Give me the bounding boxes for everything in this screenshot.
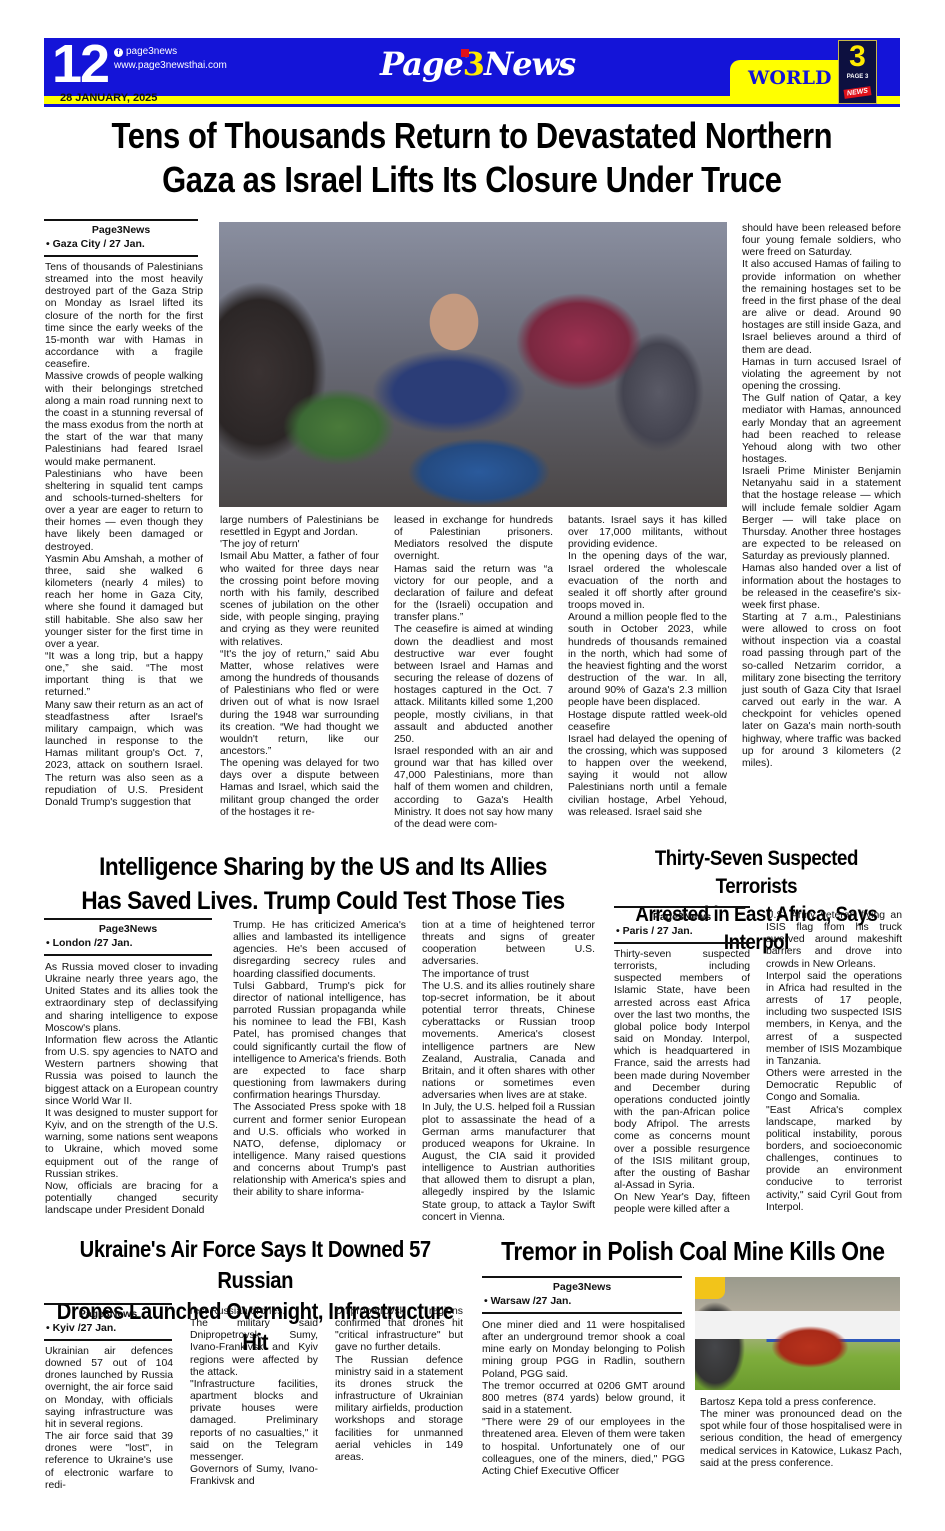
paragraph: Israel responded with an air and ground …: [394, 746, 553, 831]
byline-agency: Page3News: [44, 1307, 172, 1321]
paragraph: It was designed to muster support for Ky…: [45, 1108, 218, 1181]
gaza-column-3: leased in exchange for hundreds of Pales…: [394, 515, 553, 831]
paragraph: Around a million people fled to the sout…: [568, 612, 727, 709]
main-headline-line1: Tens of Thousands Return to Devastated N…: [44, 114, 900, 158]
subheading: 'The joy of return': [220, 539, 379, 551]
paragraph: Hamas also handed over a list of informa…: [742, 563, 901, 612]
ukraine-column-2: rect Russian drones. The military said D…: [190, 1306, 318, 1488]
paragraph: One miner died and 11 were hospitalised …: [482, 1320, 685, 1381]
paragraph: “It was a long trip, but a happy one,” s…: [45, 651, 203, 700]
ukraine-byline: Page3News • Kyiv /27 Jan.: [44, 1303, 172, 1341]
paragraph: Governors of Sumy, Ivano-Frankivsk and: [190, 1464, 318, 1488]
paragraph: U.S. Army veteran flying an ISIS flag fr…: [766, 910, 902, 971]
mine-headline: Tremor in Polish Coal Mine Kills One: [486, 1234, 900, 1268]
intelligence-headline: Intelligence Sharing by the US and Its A…: [44, 850, 602, 918]
paragraph: "East Africa's complex landscape, marked…: [766, 1105, 902, 1214]
paragraph: In the opening days of the war, Israel o…: [568, 551, 727, 612]
byline-agency: Page3News: [44, 922, 212, 936]
ukraine-column-3: Dnipropetrovsk regions confirmed that dr…: [335, 1306, 463, 1464]
paragraph: Bartosz Kepa told a press conference.: [700, 1397, 902, 1409]
gaza-byline: Page3News • Gaza City / 27 Jan.: [44, 219, 198, 257]
paragraph: The miner was pronounced dead on the spo…: [700, 1409, 902, 1470]
gaza-column-5: should have been released before four yo…: [742, 223, 901, 770]
paragraph: In July, the U.S. helped foil a Russian …: [422, 1102, 595, 1224]
paragraph: batants. Israel says it has killed over …: [568, 515, 727, 551]
subheading: Hostage dispute rattled week-old ceasefi…: [568, 710, 727, 734]
interpol-column-2: U.S. Army veteran flying an ISIS flag fr…: [766, 910, 902, 1214]
ukraine-column-1: Ukrainian air defences downed 57 out of …: [45, 1346, 173, 1492]
paragraph: leased in exchange for hundreds of Pales…: [394, 515, 553, 564]
paragraph: Palestinians who have been sheltering in…: [45, 469, 203, 554]
gaza-column-1: Tens of thousands of Palestinians stream…: [45, 262, 203, 809]
headline-line1: Intelligence Sharing by the US and Its A…: [44, 850, 602, 884]
paragraph: Many saw their return as an act of stead…: [45, 700, 203, 809]
gaza-photo: [219, 222, 727, 507]
intelligence-column-1: As Russia moved closer to invading Ukrai…: [45, 962, 218, 1217]
headline-line1: Ukraine's Air Force Says It Downed 57 Ru…: [44, 1234, 466, 1296]
mine-byline: Page3News • Warsaw /27 Jan.: [482, 1276, 682, 1314]
paragraph: The ceasefire is aimed at winding down t…: [394, 624, 553, 746]
paragraph: The Russian defence ministry said in a s…: [335, 1355, 463, 1464]
paragraph: “It's the joy of return,” said Abu Matte…: [220, 649, 379, 758]
byline-dateline: • Paris / 27 Jan.: [614, 924, 750, 938]
main-headline-line2: Gaza as Israel Lifts Its Closure Under T…: [44, 158, 900, 202]
paragraph: "There were 29 of our employees in the t…: [482, 1417, 685, 1478]
paragraph: Ukrainian air defences downed 57 out of …: [45, 1346, 173, 1431]
intelligence-column-3: tion at a time of heightened terror thre…: [422, 920, 595, 1224]
intelligence-column-2: Trump. He has criticized America's allie…: [233, 920, 406, 1200]
byline-dateline: • London /27 Jan.: [44, 936, 212, 950]
gaza-column-2: large numbers of Palestinians be resettl…: [220, 515, 379, 819]
paragraph: "Infrastructure facilities, apartment bl…: [190, 1379, 318, 1464]
intelligence-byline: Page3News • London /27 Jan.: [44, 918, 212, 956]
paragraph: Trump. He has criticized America's allie…: [233, 920, 406, 981]
byline-agency: Page3News: [614, 910, 750, 924]
paragraph: should have been released before four yo…: [742, 223, 901, 259]
paragraph: The Associated Press spoke with 18 curre…: [233, 1102, 406, 1199]
paragraph: The Gulf nation of Qatar, a key mediator…: [742, 393, 901, 466]
mine-column-1: One miner died and 11 were hospitalised …: [482, 1320, 685, 1478]
paragraph: Massive crowds of people walking with th…: [45, 371, 203, 468]
paragraph: On New Year's Day, fifteen people were k…: [614, 1192, 750, 1216]
website-link[interactable]: www.page3newsthai.com: [114, 59, 227, 73]
headline-line2: Has Saved Lives. Trump Could Test Those …: [44, 884, 602, 918]
badge-number: 3: [839, 41, 876, 73]
main-headline: Tens of Thousands Return to Devastated N…: [44, 114, 900, 202]
social-info: fpage3news www.page3newsthai.com: [114, 45, 227, 73]
paragraph: Tens of thousands of Palestinians stream…: [45, 262, 203, 371]
paragraph: Information flew across the Atlantic fro…: [45, 1035, 218, 1108]
paragraph: Tulsi Gabbard, Trump's pick for director…: [233, 981, 406, 1103]
paragraph: As Russia moved closer to invading Ukrai…: [45, 962, 218, 1035]
paragraph: Thirty-seven suspected terrorists, inclu…: [614, 949, 750, 1192]
headline-line1: Thirty-Seven Suspected Terrorists: [614, 845, 899, 901]
paragraph: The opening was delayed for two days ove…: [220, 758, 379, 819]
paragraph: The tremor occurred at 0206 GMT around 8…: [482, 1381, 685, 1417]
brand-badge: 3 PAGE 3 NEWS: [838, 40, 877, 104]
paragraph: Hamas said the return was “a victory for…: [394, 564, 553, 625]
paragraph: Hamas in turn accused Israel of violatin…: [742, 357, 901, 393]
headline-line1: Tremor in Polish Coal Mine Kills One: [486, 1234, 900, 1268]
byline-agency: Page3News: [482, 1280, 682, 1294]
masthead: 12 fpage3news www.page3newsthai.com 28 J…: [44, 38, 900, 106]
masthead-rule: [44, 104, 900, 107]
paragraph: Starting at 7 a.m., Palestinians were al…: [742, 612, 901, 770]
page-number: 12: [52, 36, 108, 92]
badge-line2: NEWS: [844, 86, 872, 99]
paragraph: It also accused Hamas of failing to prov…: [742, 259, 901, 356]
logo-text-page: Page: [380, 45, 463, 83]
subheading: The importance of trust: [422, 969, 595, 981]
paragraph: The military said Dnipropetrovsk, Sumy, …: [190, 1318, 318, 1379]
interpol-byline: Page3News • Paris / 27 Jan.: [614, 906, 750, 944]
facebook-handle: page3news: [126, 46, 177, 57]
newspaper-logo: Page3News: [380, 42, 575, 86]
section-label: WORLD: [748, 65, 832, 91]
paragraph: Yasmin Abu Amshah, a mother of three, sa…: [45, 554, 203, 651]
paragraph: large numbers of Palestinians be resettl…: [220, 515, 379, 539]
byline-dateline: • Kyiv /27 Jan.: [44, 1321, 172, 1335]
facebook-icon: f: [114, 48, 123, 57]
issue-date: 28 JANUARY, 2025: [60, 91, 157, 105]
logo-text-news: News: [484, 45, 575, 83]
paragraph: Israel had delayed the opening of the cr…: [568, 734, 727, 819]
badge-line1: PAGE 3: [839, 73, 876, 81]
paragraph: Dnipropetrovsk regions confirmed that dr…: [335, 1306, 463, 1355]
paragraph: Now, officials are bracing for a potenti…: [45, 1181, 218, 1217]
paragraph: Interpol said the operations in Africa h…: [766, 971, 902, 1068]
paragraph: rect Russian drones.: [190, 1306, 318, 1318]
paragraph: tion at a time of heightened terror thre…: [422, 920, 595, 969]
mine-photo: [695, 1277, 900, 1390]
paragraph: The air force said that 39 drones were "…: [45, 1431, 173, 1492]
paragraph: Others were arrested in the Democratic R…: [766, 1068, 902, 1104]
byline-dateline: • Warsaw /27 Jan.: [482, 1294, 682, 1308]
paragraph: Ismail Abu Matter, a father of four who …: [220, 551, 379, 648]
interpol-column-1: Thirty-seven suspected terrorists, inclu…: [614, 949, 750, 1216]
gaza-column-4: batants. Israel says it has killed over …: [568, 515, 727, 819]
paragraph: The U.S. and its allies routinely share …: [422, 981, 595, 1103]
paragraph: Israeli Prime Minister Benjamin Netanyah…: [742, 466, 901, 563]
byline-agency: Page3News: [44, 223, 198, 237]
mine-column-2: Bartosz Kepa told a press conference. Th…: [700, 1397, 902, 1470]
byline-dateline: • Gaza City / 27 Jan.: [44, 237, 198, 251]
logo-three: 3: [463, 45, 484, 83]
